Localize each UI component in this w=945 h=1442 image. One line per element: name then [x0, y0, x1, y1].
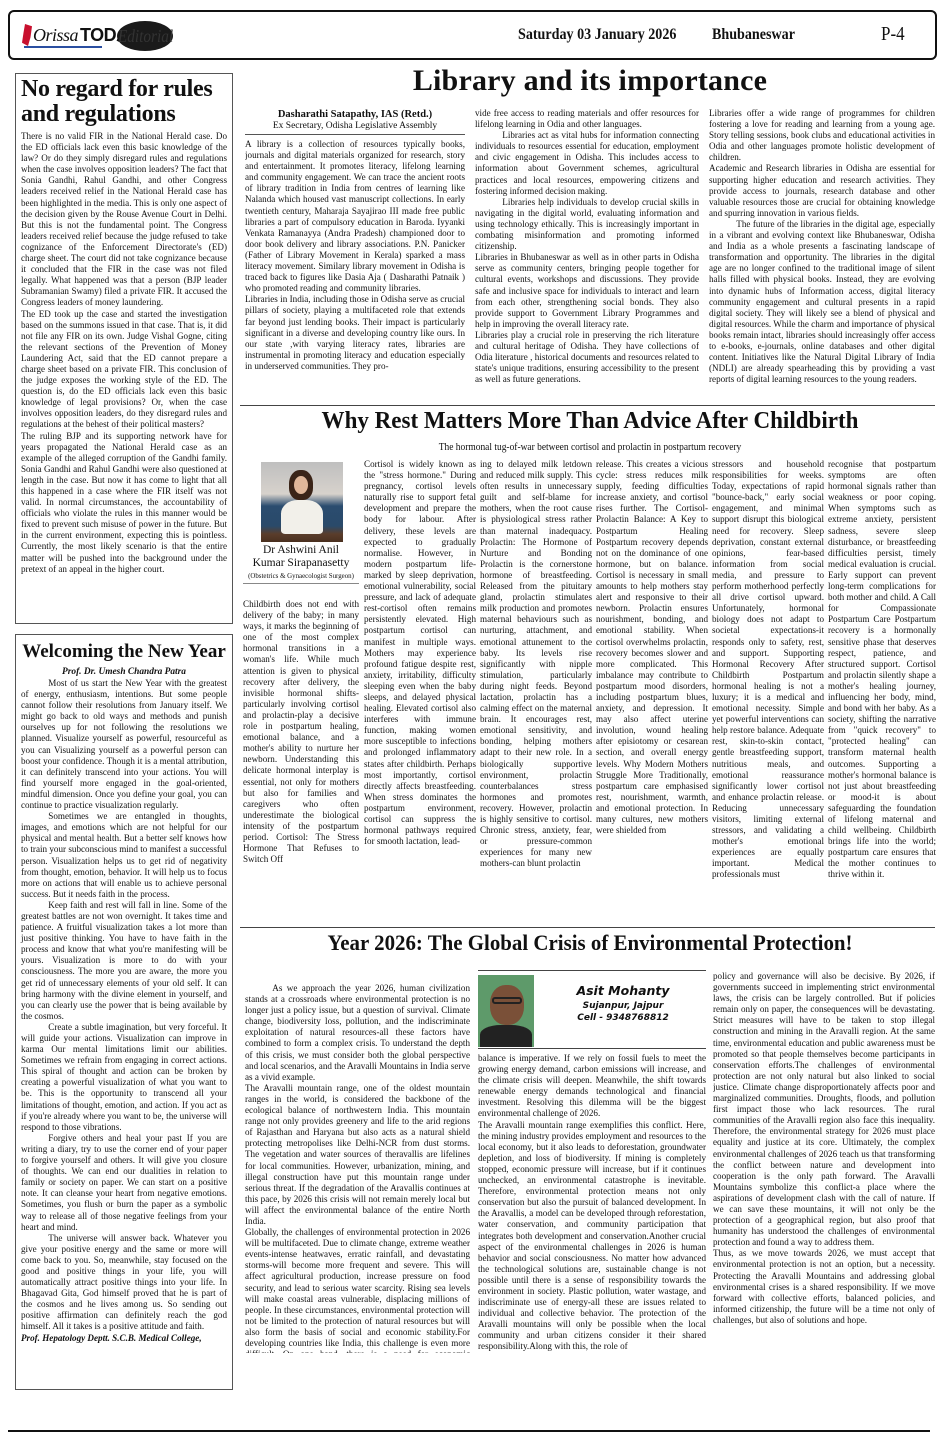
divider: [243, 583, 359, 584]
author-block: Asit Mohanty Sujanpur, Jajpur Cell - 934…: [478, 970, 706, 1049]
author-name-line1: Dr Ashwini Anil: [243, 544, 359, 557]
childbirth-column-5: stressors and household responsibilities…: [712, 459, 824, 924]
article-body: There is no valid FIR in the National He…: [21, 131, 227, 575]
edition-city: Bhubaneswar: [712, 26, 795, 44]
paragraph: Libraries act as vital hubs for informat…: [475, 130, 699, 197]
paragraph: The ruling BJP and its supporting networ…: [21, 431, 227, 575]
author-photo: [478, 975, 534, 1047]
logo-underline: [24, 46, 102, 48]
article-headline: No regard for rules and regulations: [21, 77, 227, 127]
paragraph: Libraries in India, including those in O…: [245, 294, 465, 372]
environment-column-2: balance is imperative. If we rely on fos…: [478, 1053, 706, 1353]
article-headline-childbirth: Why Rest Matters More Than Advice After …: [254, 408, 926, 435]
paragraph: Libraries in Bhubaneswar as well as in o…: [475, 252, 699, 330]
paragraph: There is no valid FIR in the National He…: [21, 131, 227, 309]
paragraph: Libraries help individuals to develop cr…: [475, 197, 699, 252]
section-divider: [240, 405, 935, 406]
library-column-2: vide free access to reading materials an…: [475, 108, 699, 401]
environment-column-3: policy and governance will also be decis…: [713, 971, 935, 1353]
paragraph: Globally, the challenges of environmenta…: [245, 1227, 470, 1353]
author-qualification: (Obstetrics & Gynaecologist Surgeon): [248, 571, 355, 580]
paragraph: Libraries play a crucial role in preserv…: [475, 330, 699, 385]
article-body: Most of us start the New Year with the g…: [21, 678, 227, 1344]
paragraph: Childbirth does not end with delivery of…: [243, 599, 359, 865]
page-number: P-4: [881, 23, 905, 46]
paragraph: The universe will answer back. Whatever …: [21, 1233, 227, 1333]
paragraph: The Aravalli mountain range, one of the …: [245, 1083, 470, 1227]
childbirth-column-2: Cortisol is widely known as the "stress …: [364, 459, 476, 924]
author-location: Sujanpur, Jajpur: [540, 1001, 706, 1011]
masthead: Orissa TODAY Editorial Saturday 03 Janua…: [8, 10, 937, 60]
paragraph: Libraries offer a wide range of programm…: [709, 108, 935, 163]
author-name: Asit Mohanty: [540, 983, 706, 998]
paragraph: Thus, as we move towards 2026, we must a…: [713, 1248, 935, 1326]
article-headline-library: Library and its importance: [240, 64, 940, 98]
article-byline: Prof. Dr. Umesh Chandra Patra: [21, 667, 227, 677]
article-no-regard-for-rules: No regard for rules and regulations Ther…: [15, 73, 233, 624]
author-name-line2: Kumar Sirapanasetty: [243, 557, 359, 570]
childbirth-column-6: recognise that postpartum symptoms are o…: [828, 459, 936, 924]
issue-date: Saturday 03 January 2026: [518, 26, 676, 44]
author-name: Dasharathi Satapathy, IAS (Retd.): [245, 109, 465, 120]
paragraph: recognise that postpartum symptoms are o…: [828, 459, 936, 881]
paragraph: Sometimes we are entangled in thoughts, …: [21, 811, 227, 900]
library-column-1: A library is a collection of resources t…: [245, 139, 465, 401]
paragraph: Most of us start the New Year with the g…: [21, 678, 227, 811]
section-divider: [240, 927, 935, 928]
author-role: Ex Secretary, Odisha Legislative Assembl…: [245, 121, 465, 131]
glasses-icon: [492, 997, 522, 1004]
paragraph: The Aravalli mountain range exemplifies …: [478, 1120, 706, 1353]
section-badge-label: Editorial: [117, 26, 172, 47]
paragraph: balance is imperative. If we rely on fos…: [478, 1053, 706, 1120]
author-block: Dr Ashwini Anil Kumar Sirapanasetty (Obs…: [243, 544, 359, 584]
library-column-3: Libraries offer a wide range of programm…: [709, 108, 935, 401]
article-headline-environment: Year 2026: The Global Crisis of Environm…: [258, 930, 923, 956]
paragraph: A library is a collection of resources t…: [245, 139, 465, 294]
paragraph: As we approach the year 2026, human civi…: [245, 983, 470, 1083]
paragraph: Create a subtle imagination, but very fo…: [21, 1022, 227, 1133]
article-subtitle: The hormonal tug-of-war between cortisol…: [275, 442, 905, 453]
childbirth-column-1: Childbirth does not end with delivery of…: [243, 599, 359, 924]
paragraph: The ED took up the case and started the …: [21, 309, 227, 431]
paragraph: policy and governance will also be decis…: [713, 971, 935, 1248]
page-bottom-rule: [8, 1430, 930, 1432]
logo-orissa-text: Orissa: [33, 25, 78, 46]
odisha-map-icon: [22, 24, 32, 46]
author-phone: Cell - 9348768812: [540, 1013, 706, 1023]
paragraph: The future of the libraries in the digit…: [709, 219, 935, 385]
author-info: Asit Mohanty Sujanpur, Jajpur Cell - 934…: [540, 983, 706, 1023]
paragraph: release. This creates a vicious cycle: s…: [596, 459, 708, 836]
paragraph: Cortisol is widely known as the "stress …: [364, 459, 476, 847]
author-photo: [261, 462, 343, 542]
paragraph: Academic and Research libraries in Odish…: [709, 163, 935, 218]
paragraph: ing to delayed milk letdown and reduced …: [480, 459, 592, 869]
paragraph: stressors and household responsibilities…: [712, 459, 824, 881]
section-badge: Editorial: [117, 21, 173, 51]
paragraph: Keep faith and rest will fall in line. S…: [21, 900, 227, 1022]
divider: [245, 134, 465, 135]
author-block: Dasharathi Satapathy, IAS (Retd.) Ex Sec…: [245, 109, 465, 135]
environment-column-1: As we approach the year 2026, human civi…: [245, 983, 470, 1353]
author-signature: Prof. Hepatology Deptt. S.C.B. Medical C…: [21, 1333, 227, 1344]
article-welcoming-new-year: Welcoming the New Year Prof. Dr. Umesh C…: [15, 634, 233, 1390]
childbirth-column-3: ing to delayed milk letdown and reduced …: [480, 459, 592, 924]
paragraph: vide free access to reading materials an…: [475, 108, 699, 130]
childbirth-column-4: release. This creates a vicious cycle: s…: [596, 459, 708, 924]
paragraph: Forgive others and heal your past If you…: [21, 1133, 227, 1233]
article-headline: Welcoming the New Year: [21, 641, 227, 663]
